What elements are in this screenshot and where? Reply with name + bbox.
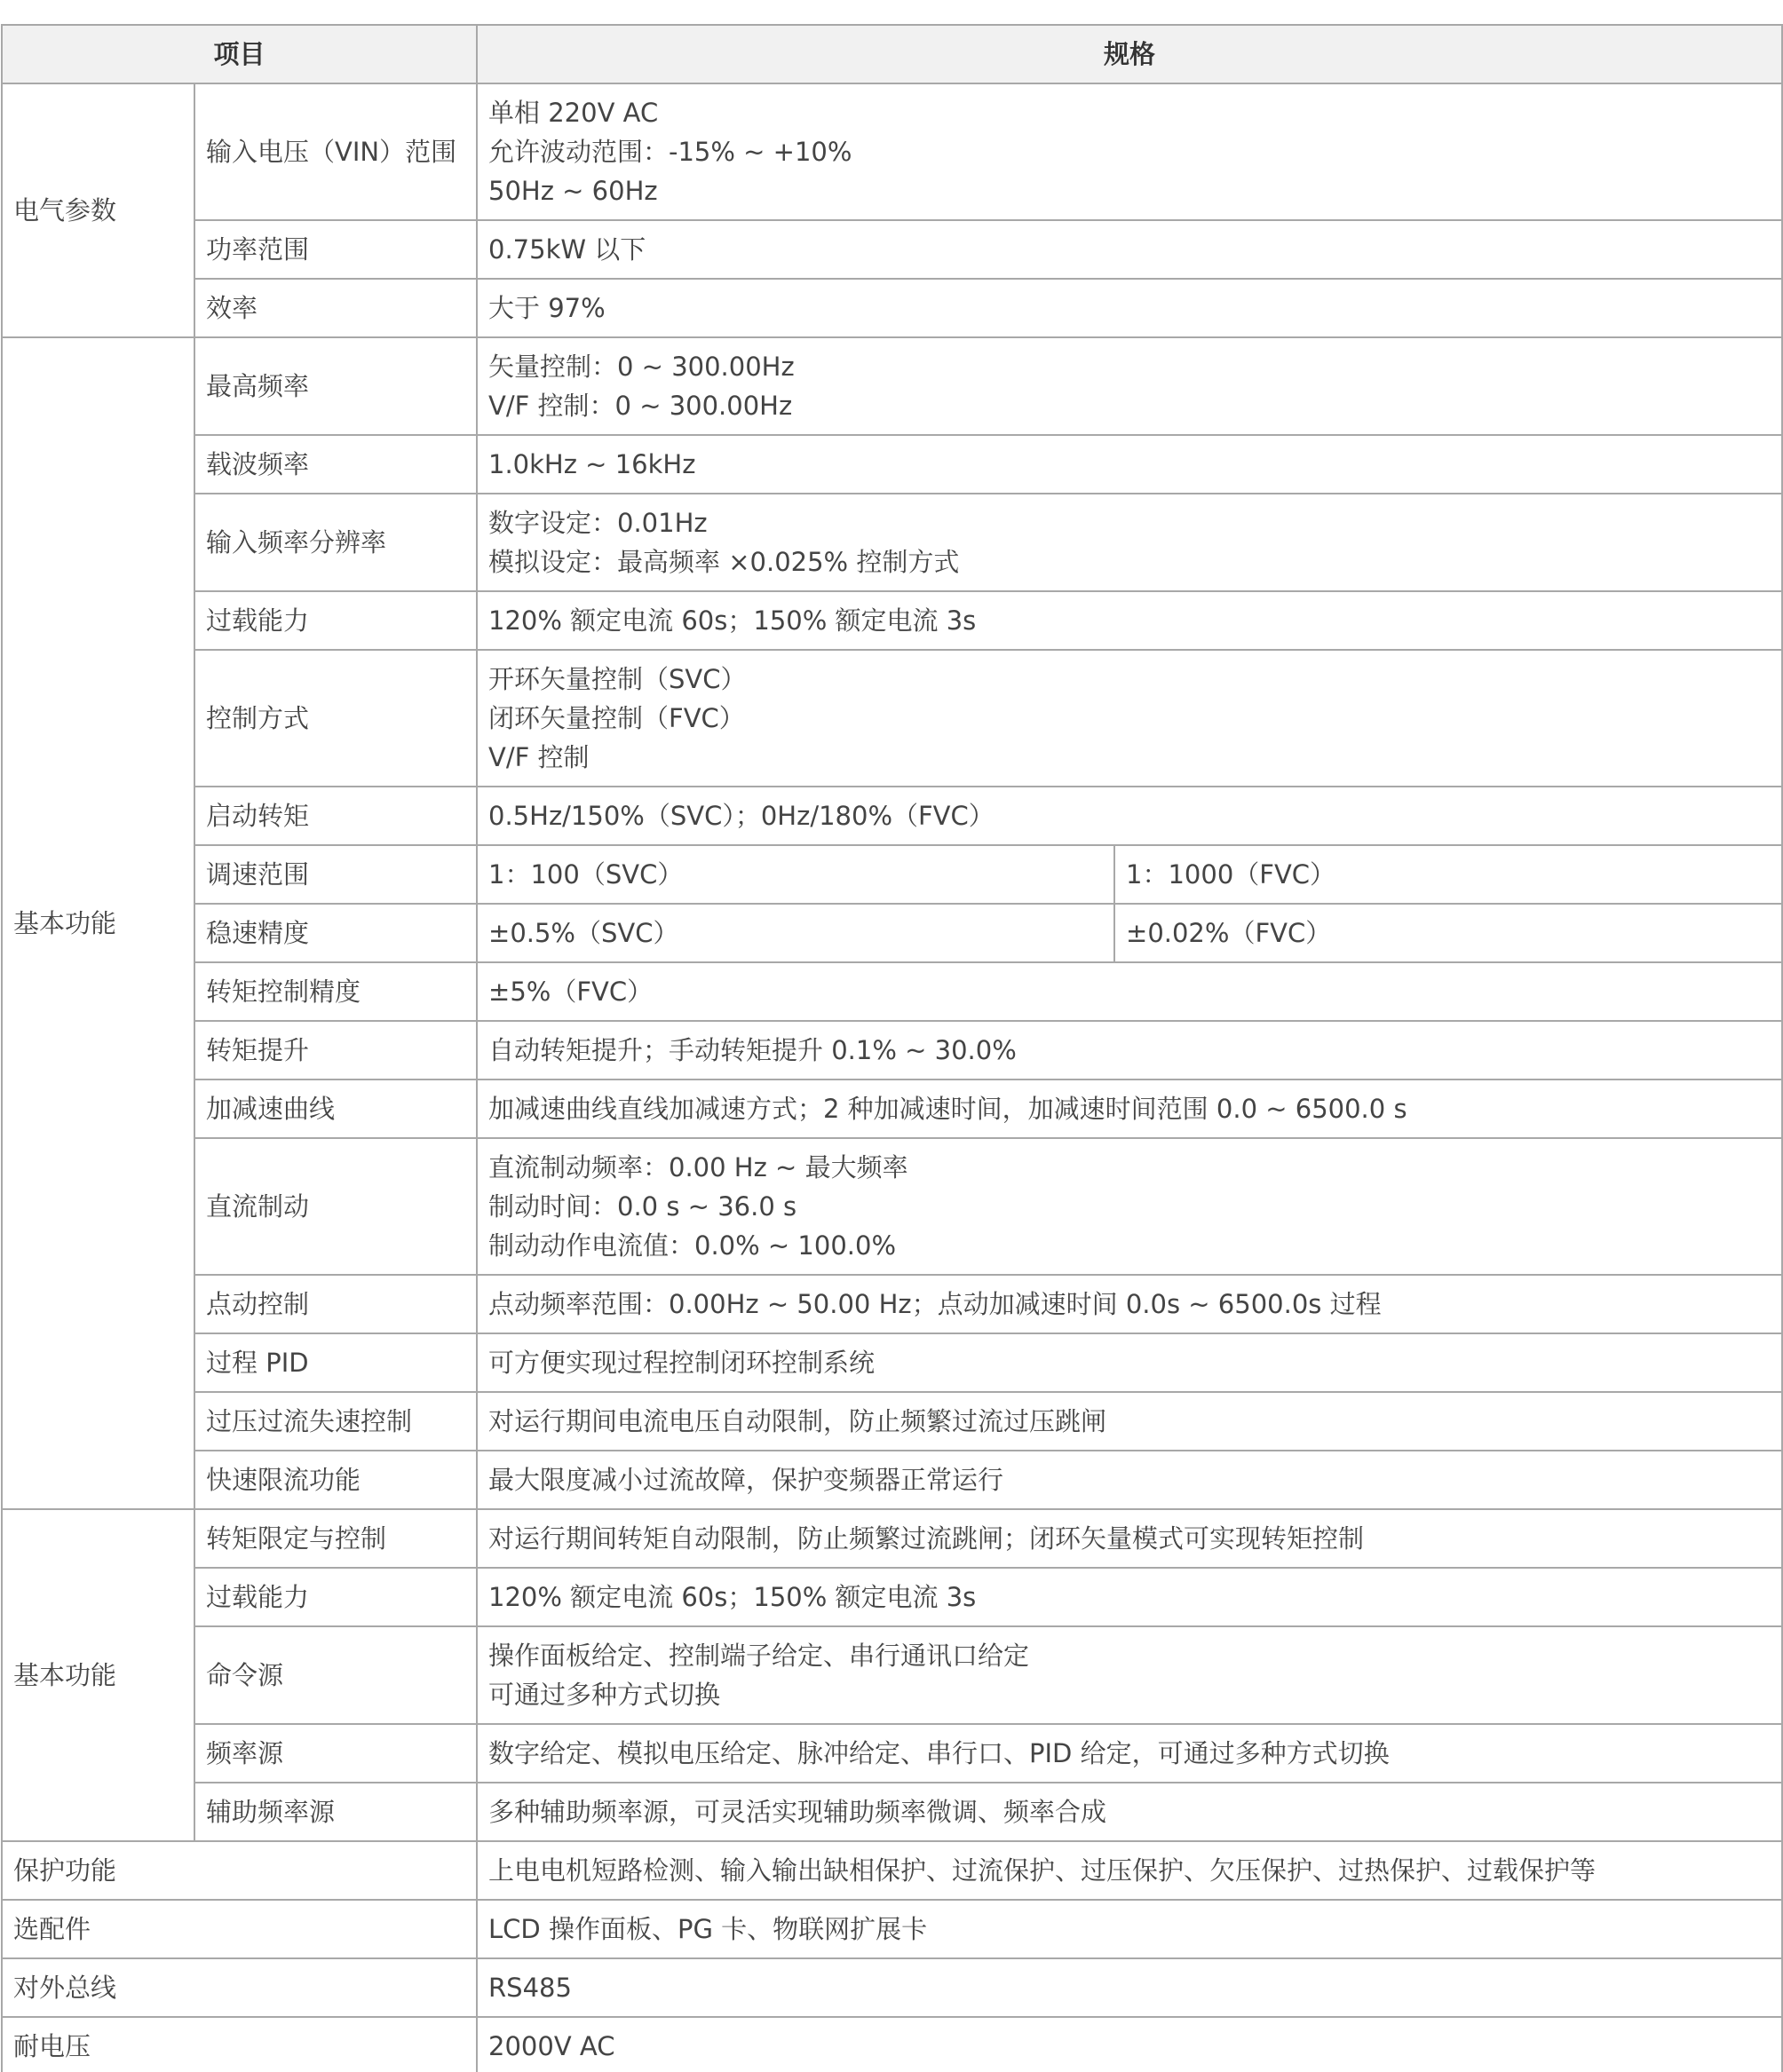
row-label: 点动控制	[194, 1275, 477, 1333]
row-value: 对运行期间电流电压自动限制，防止频繁过流过压跳闸	[477, 1392, 1782, 1451]
table-row: 稳速精度 ±0.5%（SVC） ±0.02%（FVC）	[2, 904, 1782, 962]
table-row: 耐电压 2000V AC	[2, 2017, 1782, 2072]
row-label: 输入频率分辨率	[194, 494, 477, 591]
value-line: 1：1000（FVC）	[1126, 855, 1771, 894]
value-line: 120% 额定电流 60s；150% 额定电流 3s	[488, 601, 1771, 640]
value-line: 0.5Hz/150%（SVC）；0Hz/180%（FVC）	[488, 796, 1771, 835]
value-line: V/F 控制	[488, 738, 1771, 777]
value-line: 可方便实现过程控制闭环控制系统	[488, 1343, 1771, 1382]
row-label: 控制方式	[194, 650, 477, 787]
table-row: 转矩控制精度 ±5%（FVC）	[2, 962, 1782, 1021]
table-row: 点动控制 点动频率范围：0.00Hz ~ 50.00 Hz；点动加减速时间 0.…	[2, 1275, 1782, 1333]
value-line: 允许波动范围：-15% ~ +10%	[488, 132, 1771, 171]
value-line: 120% 额定电流 60s；150% 额定电流 3s	[488, 1578, 1771, 1617]
value-line: 上电电机短路检测、输入输出缺相保护、过流保护、过压保护、欠压保护、过热保护、过载…	[488, 1851, 1771, 1890]
value-line: 操作面板给定、控制端子给定、串行通讯口给定	[488, 1636, 1771, 1675]
table-row: 输入频率分辨率 数字设定：0.01Hz 模拟设定：最高频率 ×0.025% 控制…	[2, 494, 1782, 591]
table-row: 功率范围 0.75kW 以下	[2, 220, 1782, 279]
value-line: 1.0kHz ~ 16kHz	[488, 445, 1771, 484]
table-row: 效率 大于 97%	[2, 279, 1782, 337]
table-row: 命令源 操作面板给定、控制端子给定、串行通讯口给定 可通过多种方式切换	[2, 1626, 1782, 1724]
row-label: 直流制动	[194, 1138, 477, 1275]
header-row: 项目 规格	[2, 25, 1782, 83]
row-value: 直流制动频率：0.00 Hz ~ 最大频率 制动时间：0.0 s ~ 36.0 …	[477, 1138, 1782, 1275]
value-line: 大于 97%	[488, 289, 1771, 328]
row-value: 2000V AC	[477, 2017, 1782, 2072]
table-row: 对外总线 RS485	[2, 1958, 1782, 2017]
table-row: 电气参数 输入电压（VIN）范围 单相 220V AC 允许波动范围：-15% …	[2, 83, 1782, 220]
header-spec: 规格	[477, 25, 1782, 83]
table-row: 过载能力 120% 额定电流 60s；150% 额定电流 3s	[2, 591, 1782, 650]
value-line: V/F 控制：0 ~ 300.00Hz	[488, 386, 1771, 425]
row-label: 耐电压	[2, 2017, 477, 2072]
value-line: 开环矢量控制（SVC）	[488, 660, 1771, 699]
spec-table: 项目 规格 电气参数 输入电压（VIN）范围 单相 220V AC 允许波动范围…	[1, 24, 1783, 2072]
row-value: 0.75kW 以下	[477, 220, 1782, 279]
row-value: 最大限度减小过流故障，保护变频器正常运行	[477, 1451, 1782, 1509]
row-value: 多种辅助频率源，可灵活实现辅助频率微调、频率合成	[477, 1783, 1782, 1841]
row-value: 矢量控制：0 ~ 300.00Hz V/F 控制：0 ~ 300.00Hz	[477, 337, 1782, 435]
value-line: 制动时间：0.0 s ~ 36.0 s	[488, 1187, 1771, 1226]
group-label: 基本功能	[2, 337, 194, 1509]
table-row: 调速范围 1：100（SVC） 1：1000（FVC）	[2, 845, 1782, 904]
table-row: 快速限流功能 最大限度减小过流故障，保护变频器正常运行	[2, 1451, 1782, 1509]
table-row: 转矩提升 自动转矩提升；手动转矩提升 0.1% ~ 30.0%	[2, 1021, 1782, 1079]
row-value: 对运行期间转矩自动限制，防止频繁过流跳闸；闭环矢量模式可实现转矩控制	[477, 1509, 1782, 1568]
row-value: 120% 额定电流 60s；150% 额定电流 3s	[477, 1568, 1782, 1626]
value-line: 1：100（SVC）	[488, 855, 1103, 894]
table-row: 加减速曲线 加减速曲线直线加减速方式；2 种加减速时间，加减速时间范围 0.0 …	[2, 1079, 1782, 1138]
row-value: 加减速曲线直线加减速方式；2 种加减速时间，加减速时间范围 0.0 ~ 6500…	[477, 1079, 1782, 1138]
table-row: 保护功能 上电电机短路检测、输入输出缺相保护、过流保护、过压保护、欠压保护、过热…	[2, 1841, 1782, 1900]
table-row: 过载能力 120% 额定电流 60s；150% 额定电流 3s	[2, 1568, 1782, 1626]
header-item: 项目	[2, 25, 477, 83]
table-row: 过压过流失速控制 对运行期间电流电压自动限制，防止频繁过流过压跳闸	[2, 1392, 1782, 1451]
row-label: 启动转矩	[194, 787, 477, 845]
row-value: 单相 220V AC 允许波动范围：-15% ~ +10% 50Hz ~ 60H…	[477, 83, 1782, 220]
value-line: ±5%（FVC）	[488, 972, 1771, 1011]
row-label: 加减速曲线	[194, 1079, 477, 1138]
value-line: 自动转矩提升；手动转矩提升 0.1% ~ 30.0%	[488, 1031, 1771, 1070]
value-line: 最大限度减小过流故障，保护变频器正常运行	[488, 1460, 1771, 1499]
row-label: 功率范围	[194, 220, 477, 279]
value-line: 模拟设定：最高频率 ×0.025% 控制方式	[488, 542, 1771, 581]
row-label: 调速范围	[194, 845, 477, 904]
row-value: 1.0kHz ~ 16kHz	[477, 435, 1782, 494]
row-label: 快速限流功能	[194, 1451, 477, 1509]
value-line: LCD 操作面板、PG 卡、物联网扩展卡	[488, 1910, 1771, 1949]
row-value-fvc: 1：1000（FVC）	[1114, 845, 1782, 904]
table-row: 辅助频率源 多种辅助频率源，可灵活实现辅助频率微调、频率合成	[2, 1783, 1782, 1841]
row-label: 过载能力	[194, 1568, 477, 1626]
row-value: 开环矢量控制（SVC） 闭环矢量控制（FVC） V/F 控制	[477, 650, 1782, 787]
value-line: 闭环矢量控制（FVC）	[488, 699, 1771, 738]
row-value-fvc: ±0.02%（FVC）	[1114, 904, 1782, 962]
row-value: 数字给定、模拟电压给定、脉冲给定、串行口、PID 给定，可通过多种方式切换	[477, 1724, 1782, 1783]
value-line: 50Hz ~ 60Hz	[488, 171, 1771, 210]
row-value-svc: 1：100（SVC）	[477, 845, 1114, 904]
row-label: 保护功能	[2, 1841, 477, 1900]
row-label: 频率源	[194, 1724, 477, 1783]
row-label: 过载能力	[194, 591, 477, 650]
table-row: 基本功能 转矩限定与控制 对运行期间转矩自动限制，防止频繁过流跳闸；闭环矢量模式…	[2, 1509, 1782, 1568]
row-label: 输入电压（VIN）范围	[194, 83, 477, 220]
value-line: 多种辅助频率源，可灵活实现辅助频率微调、频率合成	[488, 1792, 1771, 1831]
value-line: 点动频率范围：0.00Hz ~ 50.00 Hz；点动加减速时间 0.0s ~ …	[488, 1285, 1771, 1324]
row-label: 转矩限定与控制	[194, 1509, 477, 1568]
value-line: 数字设定：0.01Hz	[488, 503, 1771, 542]
row-label: 转矩控制精度	[194, 962, 477, 1021]
value-line: 数字给定、模拟电压给定、脉冲给定、串行口、PID 给定，可通过多种方式切换	[488, 1734, 1771, 1773]
row-value: 数字设定：0.01Hz 模拟设定：最高频率 ×0.025% 控制方式	[477, 494, 1782, 591]
row-label: 载波频率	[194, 435, 477, 494]
row-value-svc: ±0.5%（SVC）	[477, 904, 1114, 962]
value-line: RS485	[488, 1968, 1771, 2007]
row-label: 效率	[194, 279, 477, 337]
value-line: 对运行期间电流电压自动限制，防止频繁过流过压跳闸	[488, 1402, 1771, 1441]
value-line: ±0.02%（FVC）	[1126, 913, 1771, 953]
row-value: 点动频率范围：0.00Hz ~ 50.00 Hz；点动加减速时间 0.0s ~ …	[477, 1275, 1782, 1333]
table-row: 选配件 LCD 操作面板、PG 卡、物联网扩展卡	[2, 1900, 1782, 1958]
table-row: 直流制动 直流制动频率：0.00 Hz ~ 最大频率 制动时间：0.0 s ~ …	[2, 1138, 1782, 1275]
value-line: 对运行期间转矩自动限制，防止频繁过流跳闸；闭环矢量模式可实现转矩控制	[488, 1519, 1771, 1558]
row-label: 最高频率	[194, 337, 477, 435]
row-value: 大于 97%	[477, 279, 1782, 337]
table-row: 基本功能 最高频率 矢量控制：0 ~ 300.00Hz V/F 控制：0 ~ 3…	[2, 337, 1782, 435]
table-row: 控制方式 开环矢量控制（SVC） 闭环矢量控制（FVC） V/F 控制	[2, 650, 1782, 787]
row-label: 选配件	[2, 1900, 477, 1958]
value-line: 0.75kW 以下	[488, 230, 1771, 269]
table-row: 过程 PID 可方便实现过程控制闭环控制系统	[2, 1333, 1782, 1392]
table-row: 启动转矩 0.5Hz/150%（SVC）；0Hz/180%（FVC）	[2, 787, 1782, 845]
row-value: RS485	[477, 1958, 1782, 2017]
row-value: 120% 额定电流 60s；150% 额定电流 3s	[477, 591, 1782, 650]
value-line: 可通过多种方式切换	[488, 1675, 1771, 1714]
group-label: 基本功能	[2, 1509, 194, 1841]
row-label: 命令源	[194, 1626, 477, 1724]
value-line: ±0.5%（SVC）	[488, 913, 1103, 953]
row-label: 对外总线	[2, 1958, 477, 2017]
value-line: 制动动作电流值：0.0% ~ 100.0%	[488, 1226, 1771, 1265]
row-value: 自动转矩提升；手动转矩提升 0.1% ~ 30.0%	[477, 1021, 1782, 1079]
value-line: 加减速曲线直线加减速方式；2 种加减速时间，加减速时间范围 0.0 ~ 6500…	[488, 1089, 1771, 1128]
row-label: 辅助频率源	[194, 1783, 477, 1841]
row-value: 0.5Hz/150%（SVC）；0Hz/180%（FVC）	[477, 787, 1782, 845]
group-label: 电气参数	[2, 83, 194, 337]
row-value: 操作面板给定、控制端子给定、串行通讯口给定 可通过多种方式切换	[477, 1626, 1782, 1724]
row-value: 上电电机短路检测、输入输出缺相保护、过流保护、过压保护、欠压保护、过热保护、过载…	[477, 1841, 1782, 1900]
row-label: 转矩提升	[194, 1021, 477, 1079]
row-label: 稳速精度	[194, 904, 477, 962]
row-value: ±5%（FVC）	[477, 962, 1782, 1021]
value-line: 单相 220V AC	[488, 93, 1771, 132]
value-line: 矢量控制：0 ~ 300.00Hz	[488, 347, 1771, 386]
row-label: 过程 PID	[194, 1333, 477, 1392]
row-label: 过压过流失速控制	[194, 1392, 477, 1451]
table-row: 频率源 数字给定、模拟电压给定、脉冲给定、串行口、PID 给定，可通过多种方式切…	[2, 1724, 1782, 1783]
row-value: LCD 操作面板、PG 卡、物联网扩展卡	[477, 1900, 1782, 1958]
row-value: 可方便实现过程控制闭环控制系统	[477, 1333, 1782, 1392]
table-row: 载波频率 1.0kHz ~ 16kHz	[2, 435, 1782, 494]
value-line: 2000V AC	[488, 2027, 1771, 2066]
value-line: 直流制动频率：0.00 Hz ~ 最大频率	[488, 1148, 1771, 1187]
